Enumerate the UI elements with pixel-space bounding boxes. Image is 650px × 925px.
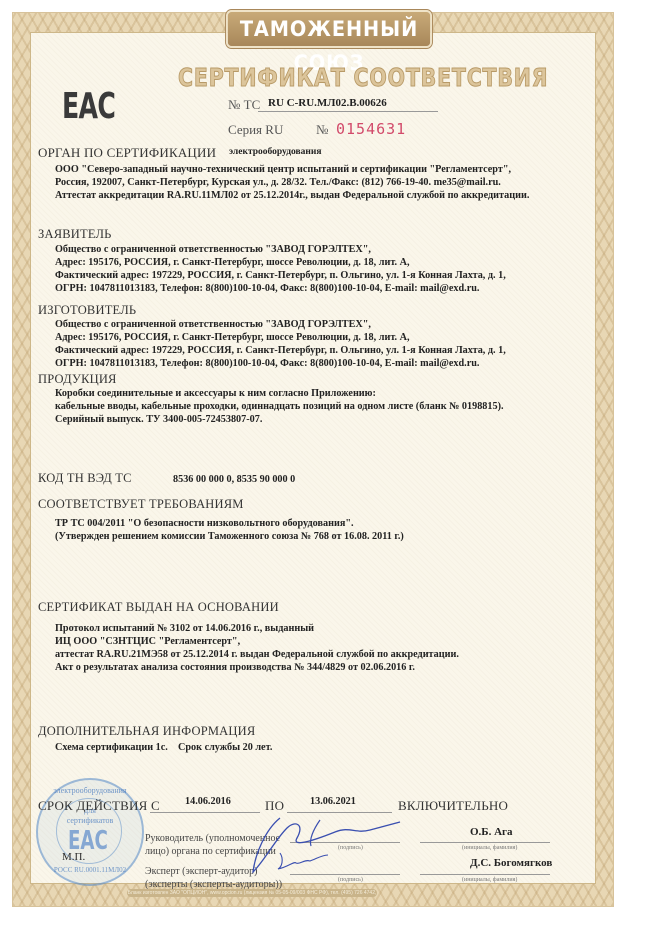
validity-to-date: 13.06.2021	[310, 795, 356, 808]
blank-imprint: Бланк изготовлен ЗАО "ОПЦИОН", www.opcio…	[127, 889, 377, 897]
hs-code-heading: КОД ТН ВЭД ТС	[38, 471, 132, 486]
eac-mark-icon: ЕАС	[62, 86, 115, 127]
product-details: Коробки соединительные и аксессуары к ни…	[55, 387, 504, 426]
applicant-heading: ЗАЯВИТЕЛЬ	[38, 227, 112, 242]
certification-body-details: ООО "Северо-западный научно-технический …	[55, 163, 529, 202]
certificate-number: RU C-RU.МЛ02.В.00626	[268, 97, 387, 109]
certification-body-heading: ОРГАН ПО СЕРТИФИКАЦИИ	[38, 145, 216, 161]
validity-from-label: СРОК ДЕЙСТВИЯ С	[38, 798, 160, 814]
expert-name: Д.С. Богомягков	[470, 857, 552, 870]
requirements-heading: СООТВЕТСТВУЕТ ТРЕБОВАНИЯМ	[38, 497, 244, 512]
stamp-middle-text-2: сертификатов	[38, 816, 142, 825]
validity-from-date: 14.06.2016	[185, 795, 231, 808]
head-name: О.Б. Ага	[470, 826, 513, 839]
stamp-bottom-text: РОСС RU.0001.11МЛ02	[38, 866, 142, 874]
additional-info-heading: ДОПОЛНИТЕЛЬНАЯ ИНФОРМАЦИЯ	[38, 724, 255, 739]
applicant-details: Общество с ограниченной ответственностью…	[55, 243, 506, 295]
certification-body-type: электрооборудования	[229, 147, 322, 157]
manufacturer-details: Общество с ограниченной ответственностью…	[55, 318, 506, 370]
head-name-caption: (инициалы, фамилия)	[462, 845, 517, 851]
customs-union-banner: ТАМОЖЕННЫЙ СОЮЗ	[226, 10, 432, 48]
certification-stamp: электрооборудования для сертификатов ЕАС…	[36, 778, 144, 886]
series-label: Серия RU	[228, 122, 283, 138]
manufacturer-heading: ИЗГОТОВИТЕЛЬ	[38, 303, 136, 318]
expert-name-caption: (инициалы, фамилия)	[462, 877, 517, 883]
hs-code-value: 8536 00 000 0, 8535 90 000 0	[173, 473, 295, 486]
blank-number: 0154631	[336, 120, 406, 138]
requirements-details: ТР ТС 004/2011 "О безопасности низковоль…	[55, 517, 404, 543]
certificate-title: СЕРТИФИКАТ СООТВЕТСТВИЯ	[178, 63, 416, 92]
basis-details: Протокол испытаний № 3102 от 14.06.2016 …	[55, 622, 459, 674]
signature-expert-icon	[270, 845, 350, 875]
stamp-top-text: электрооборудования	[38, 786, 142, 795]
stamp-place-label: М.П.	[62, 851, 85, 863]
basis-heading: СЕРТИФИКАТ ВЫДАН НА ОСНОВАНИИ	[38, 600, 279, 615]
additional-info-details: Схема сертификации 1с. Срок службы 20 ле…	[55, 741, 272, 754]
number-underline	[258, 110, 438, 112]
blank-number-label: №	[316, 122, 328, 138]
number-label: № ТС	[228, 97, 260, 113]
product-heading: ПРОДУКЦИЯ	[38, 372, 117, 387]
